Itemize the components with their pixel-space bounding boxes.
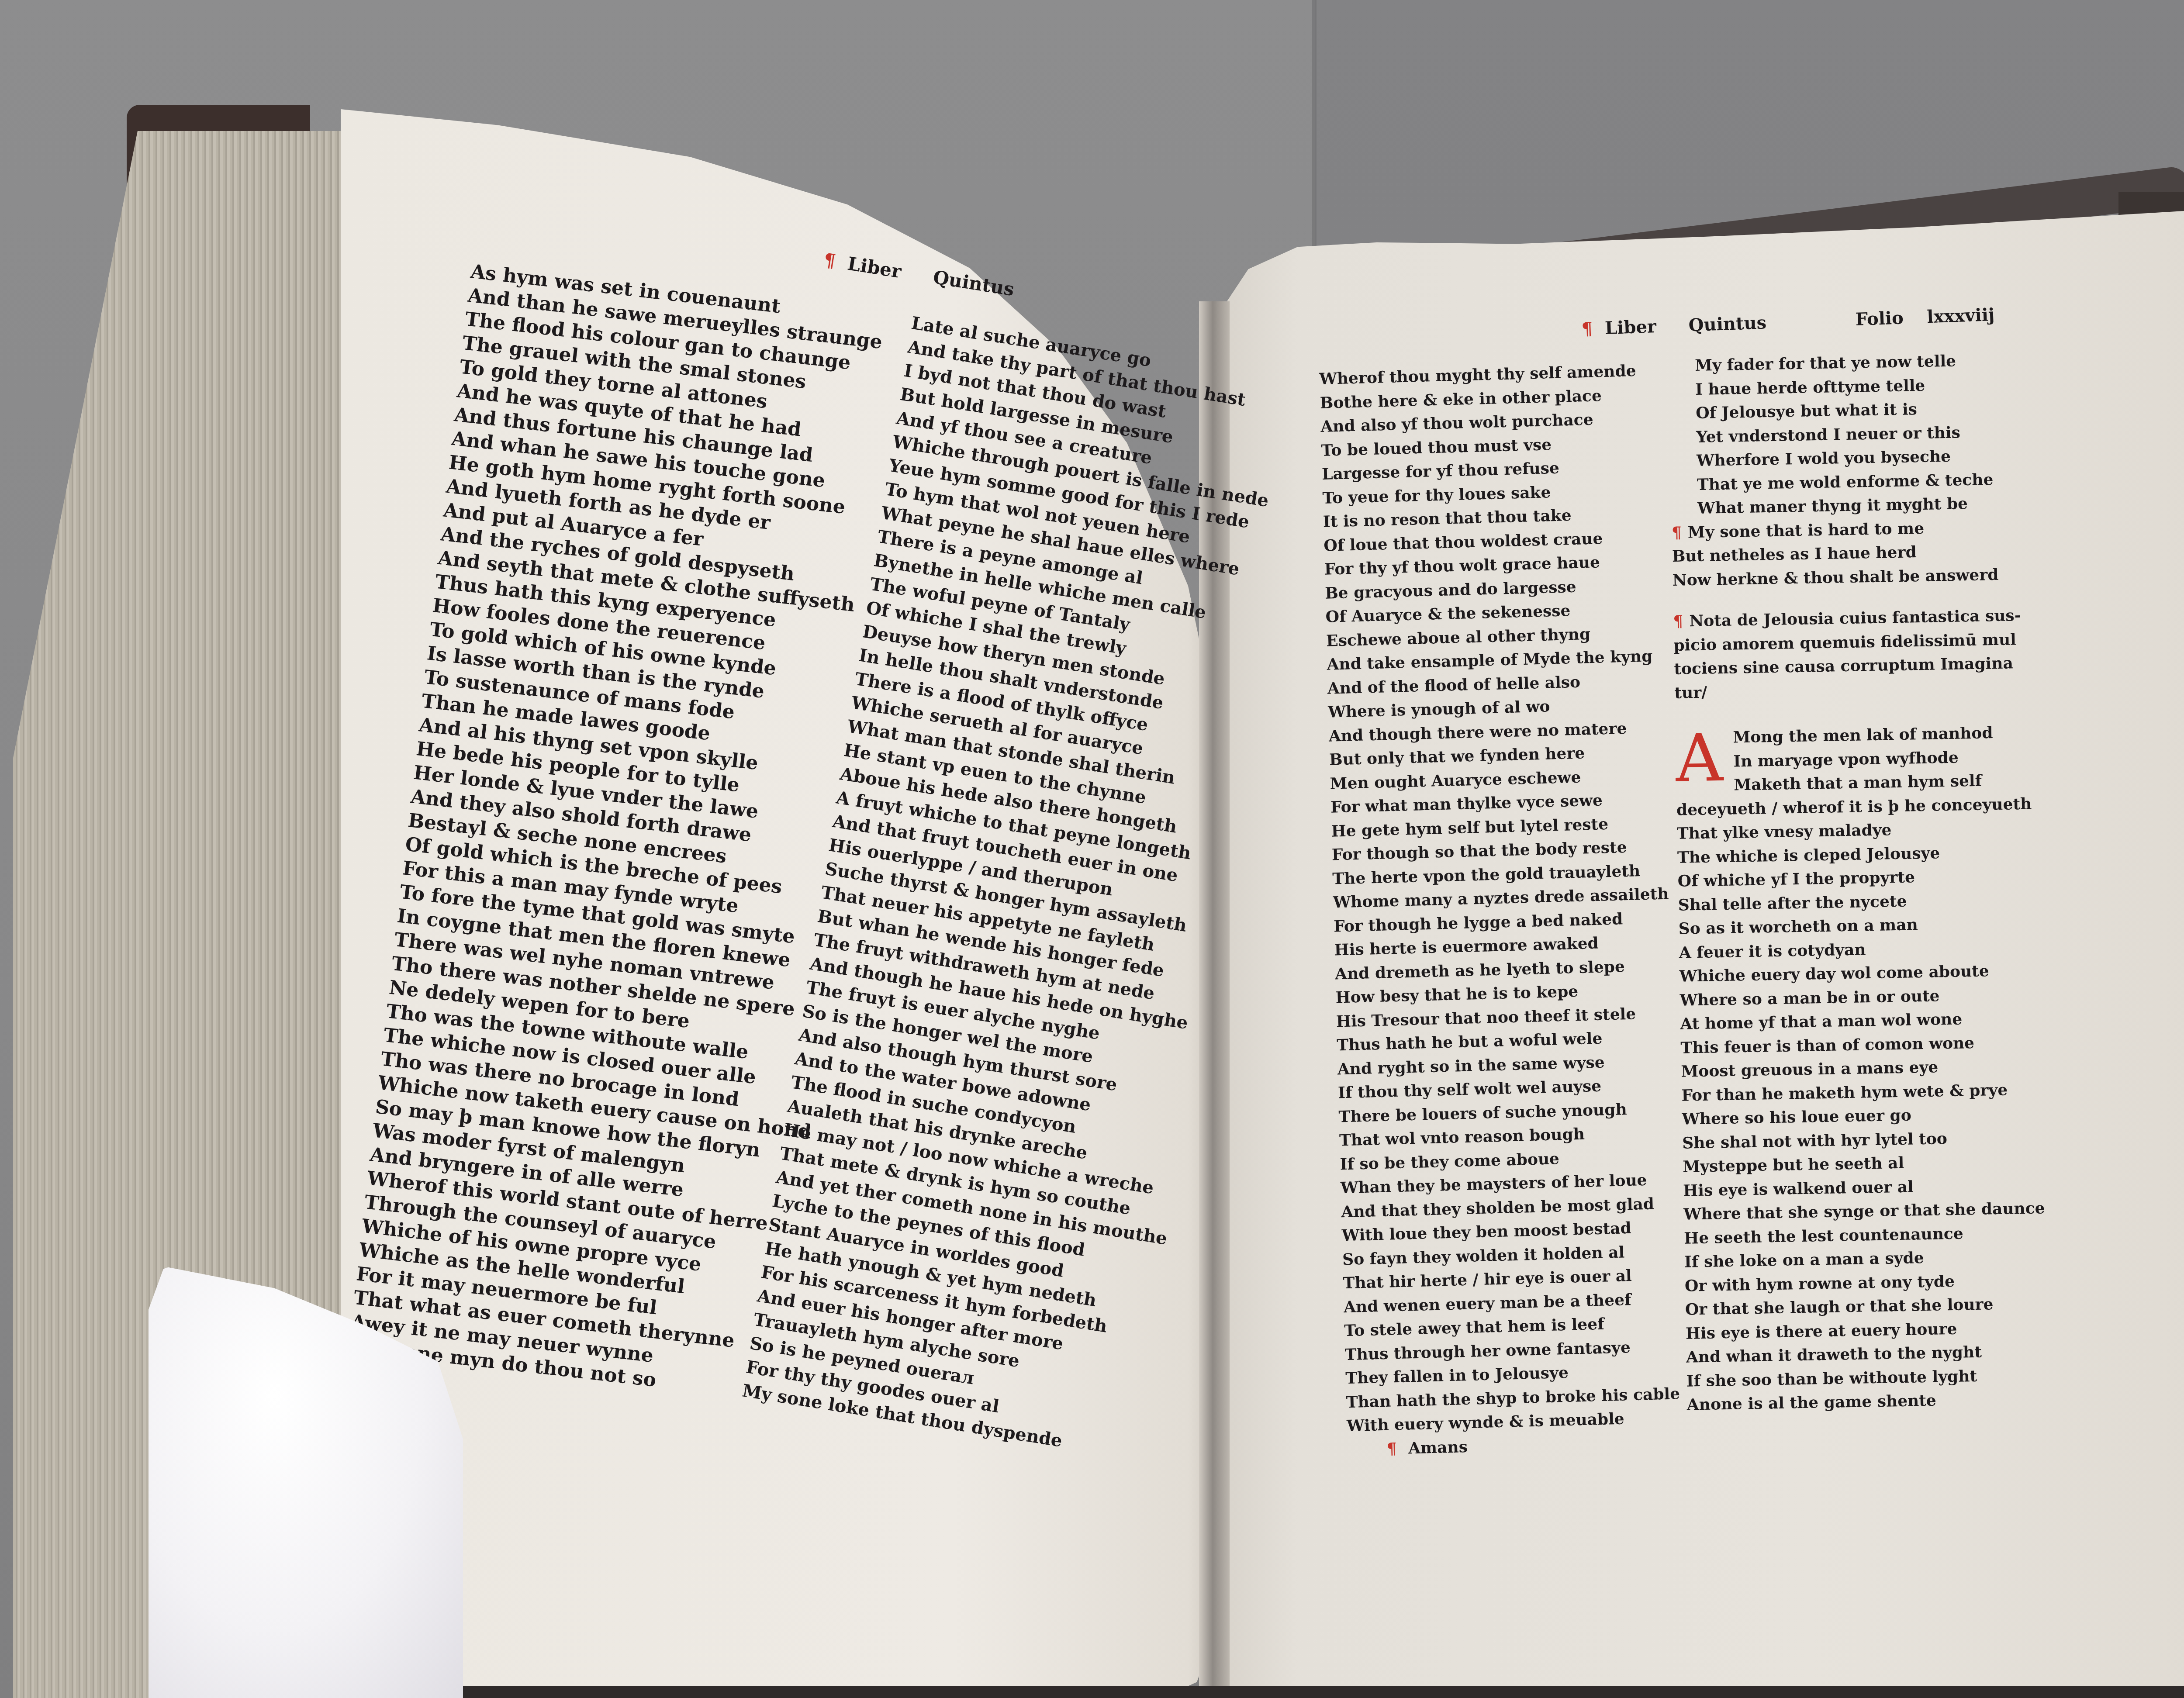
confessor-reply: ¶My sone that is hard to me But netheles… [1672, 518, 2034, 596]
pilcrow-icon: ¶ [1386, 1441, 1397, 1457]
pilcrow-icon: ¶ [1672, 525, 1682, 540]
running-head-book: Liber [1604, 316, 1656, 338]
book-base-shadow [437, 1686, 2184, 1698]
running-head-part: Quintus [1688, 312, 1767, 335]
pilcrow-icon: ¶ [1673, 614, 1683, 629]
right-page-column-1: Wherof thou myght thy self amendeBothe h… [1319, 362, 1683, 1466]
pilcrow-icon: ¶ [1581, 318, 1593, 339]
chapter-opening: A Mong the men lak of manhodIn maryage v… [1675, 724, 2049, 1421]
latin-sidenote: ¶Nota de Jelousia cuius fantastica sus- … [1673, 607, 2036, 708]
right-page-column-2: My fader for that ye now telleI haue her… [1669, 352, 2049, 1421]
folio-number: lxxxviij [1927, 304, 1995, 327]
speaker-name: Amans [1408, 1437, 1468, 1457]
folio-label: Folio [1855, 307, 1904, 330]
rubricated-initial: A [1675, 725, 1724, 792]
